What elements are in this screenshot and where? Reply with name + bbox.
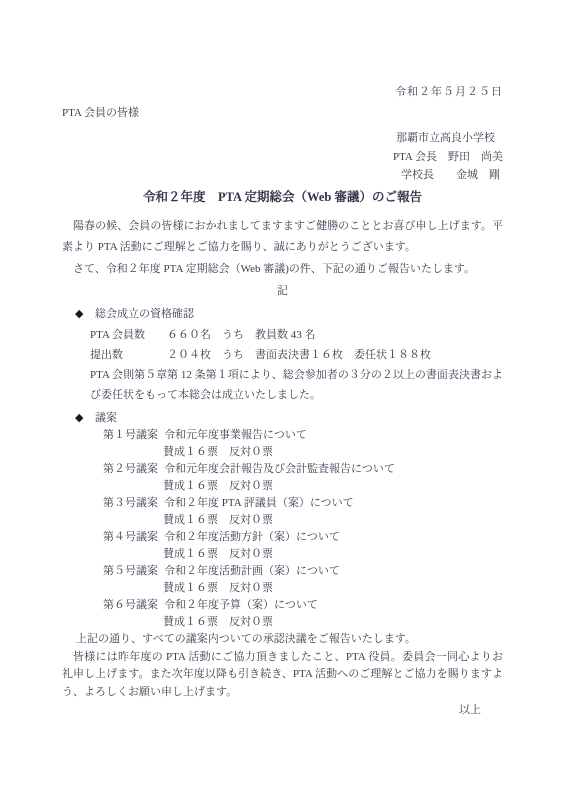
sender-block: 那覇市立高良小学校 PTA 会長 野田 尚美 学校長 金城 剛 [62, 129, 503, 185]
agenda-item-label: 第６号議案 [103, 599, 158, 611]
qualification-line-members: PTA 会員数 ６６０名 うち 教員数 43 名 [90, 325, 503, 345]
qualification-line-rule: PTA 会則第５章第 12 条第１項により、総会参加者の３分の２以上の書面表決書… [90, 365, 503, 405]
qualification-line-submissions: 提出数 ２０４枚 うち 書面表決書１６枚 委任状１８８枚 [90, 345, 503, 365]
section-qualification: ◆総会成立の資格確認 PTA 会員数 ６６０名 うち 教員数 43 名 提出数 … [62, 306, 503, 405]
agenda-item-label: 第４号議案 [103, 531, 158, 543]
closing-paragraph-approval: 上記の通り、すべての議案内ついての承認決議をご報告いたします。 [76, 631, 503, 649]
agenda-list: 第１号議案令和元年度事業報告について 賛成１６票 反対０票 第２号議案令和元年度… [62, 427, 503, 631]
agenda-item-result: 賛成１６票 反対０票 [163, 512, 503, 529]
agenda-item-title: 令和元年度会計報告及び会計監査報告について [164, 463, 395, 475]
document-date: 令和２年５月２５日 [62, 84, 503, 100]
end-mark: 以上 [62, 702, 503, 718]
agenda-item-result: 賛成１６票 反対０票 [163, 546, 503, 563]
closing-paragraph-thanks: 皆様には昨年度の PTA 活動にご協力頂きましたこと、PTA 役員。委員会一同心… [62, 649, 503, 702]
qualification-heading: ◆総会成立の資格確認 [75, 306, 503, 323]
sender-principal: 学校長 金城 剛 [62, 166, 503, 185]
document-title: 令和２年度 PTA 定期総会（Web 審議）のご報告 [62, 188, 503, 206]
agenda-item-title: 令和２年度 PTA 評議員（案）について [164, 497, 354, 509]
agenda-item-result: 賛成１６票 反対０票 [163, 614, 503, 631]
list-item: 第２号議案令和元年度会計報告及び会計監査報告について [103, 461, 503, 478]
intro-paragraph-greeting: 陽春の候、会員の皆様におかれましてますますご健勝のこととお喜び申し上げます。平素… [62, 216, 503, 259]
agenda-item-label: 第１号議案 [103, 429, 158, 441]
list-item: 第１号議案令和元年度事業報告について [103, 427, 503, 444]
agenda-item-title: 令和２年度活動方針（案）について [164, 531, 340, 543]
document-page: 令和２年５月２５日 PTA 会員の皆様 那覇市立高良小学校 PTA 会長 野田 … [0, 0, 565, 800]
agenda-item-result: 賛成１６票 反対０票 [163, 478, 503, 495]
diamond-bullet-icon: ◆ [75, 306, 89, 323]
agenda-item-title: 令和元年度事業報告について [164, 429, 307, 441]
agenda-item-result: 賛成１６票 反対０票 [163, 580, 503, 597]
agenda-heading-text: 議案 [95, 412, 117, 424]
agenda-item-label: 第３号議案 [103, 497, 158, 509]
recipient: PTA 会員の皆様 [62, 105, 503, 121]
agenda-heading: ◆議案 [75, 410, 503, 427]
qualification-heading-text: 総会成立の資格確認 [95, 308, 194, 320]
list-item: 第３号議案令和２年度 PTA 評議員（案）について [103, 495, 503, 512]
agenda-item-title: 令和２年度予算（案）について [164, 599, 318, 611]
list-item: 第６号議案令和２年度予算（案）について [103, 597, 503, 614]
sender-pta-president: PTA 会長 野田 尚美 [62, 148, 503, 167]
intro-paragraphs: 陽春の候、会員の皆様におかれましてますますご健勝のこととお喜び申し上げます。平素… [62, 216, 503, 281]
intro-paragraph-purpose: さて、令和２年度 PTA 定期総会（Web 審議)の件、下記の通りご報告いたしま… [62, 259, 503, 281]
qualification-lines: PTA 会員数 ６６０名 うち 教員数 43 名 提出数 ２０４枚 うち 書面表… [90, 325, 503, 405]
list-item: 第５号議案令和２年度活動計画（案）について [103, 563, 503, 580]
sender-school: 那覇市立高良小学校 [62, 129, 503, 148]
agenda-item-label: 第２号議案 [103, 463, 158, 475]
record-mark: 記 [62, 283, 503, 300]
list-item: 第４号議案令和２年度活動方針（案）について [103, 529, 503, 546]
agenda-item-result: 賛成１６票 反対０票 [163, 444, 503, 461]
section-agenda: ◆議案 第１号議案令和元年度事業報告について 賛成１６票 反対０票 第２号議案令… [62, 410, 503, 631]
diamond-bullet-icon: ◆ [75, 410, 89, 427]
agenda-item-label: 第５号議案 [103, 565, 158, 577]
agenda-item-title: 令和２年度活動計画（案）について [164, 565, 340, 577]
